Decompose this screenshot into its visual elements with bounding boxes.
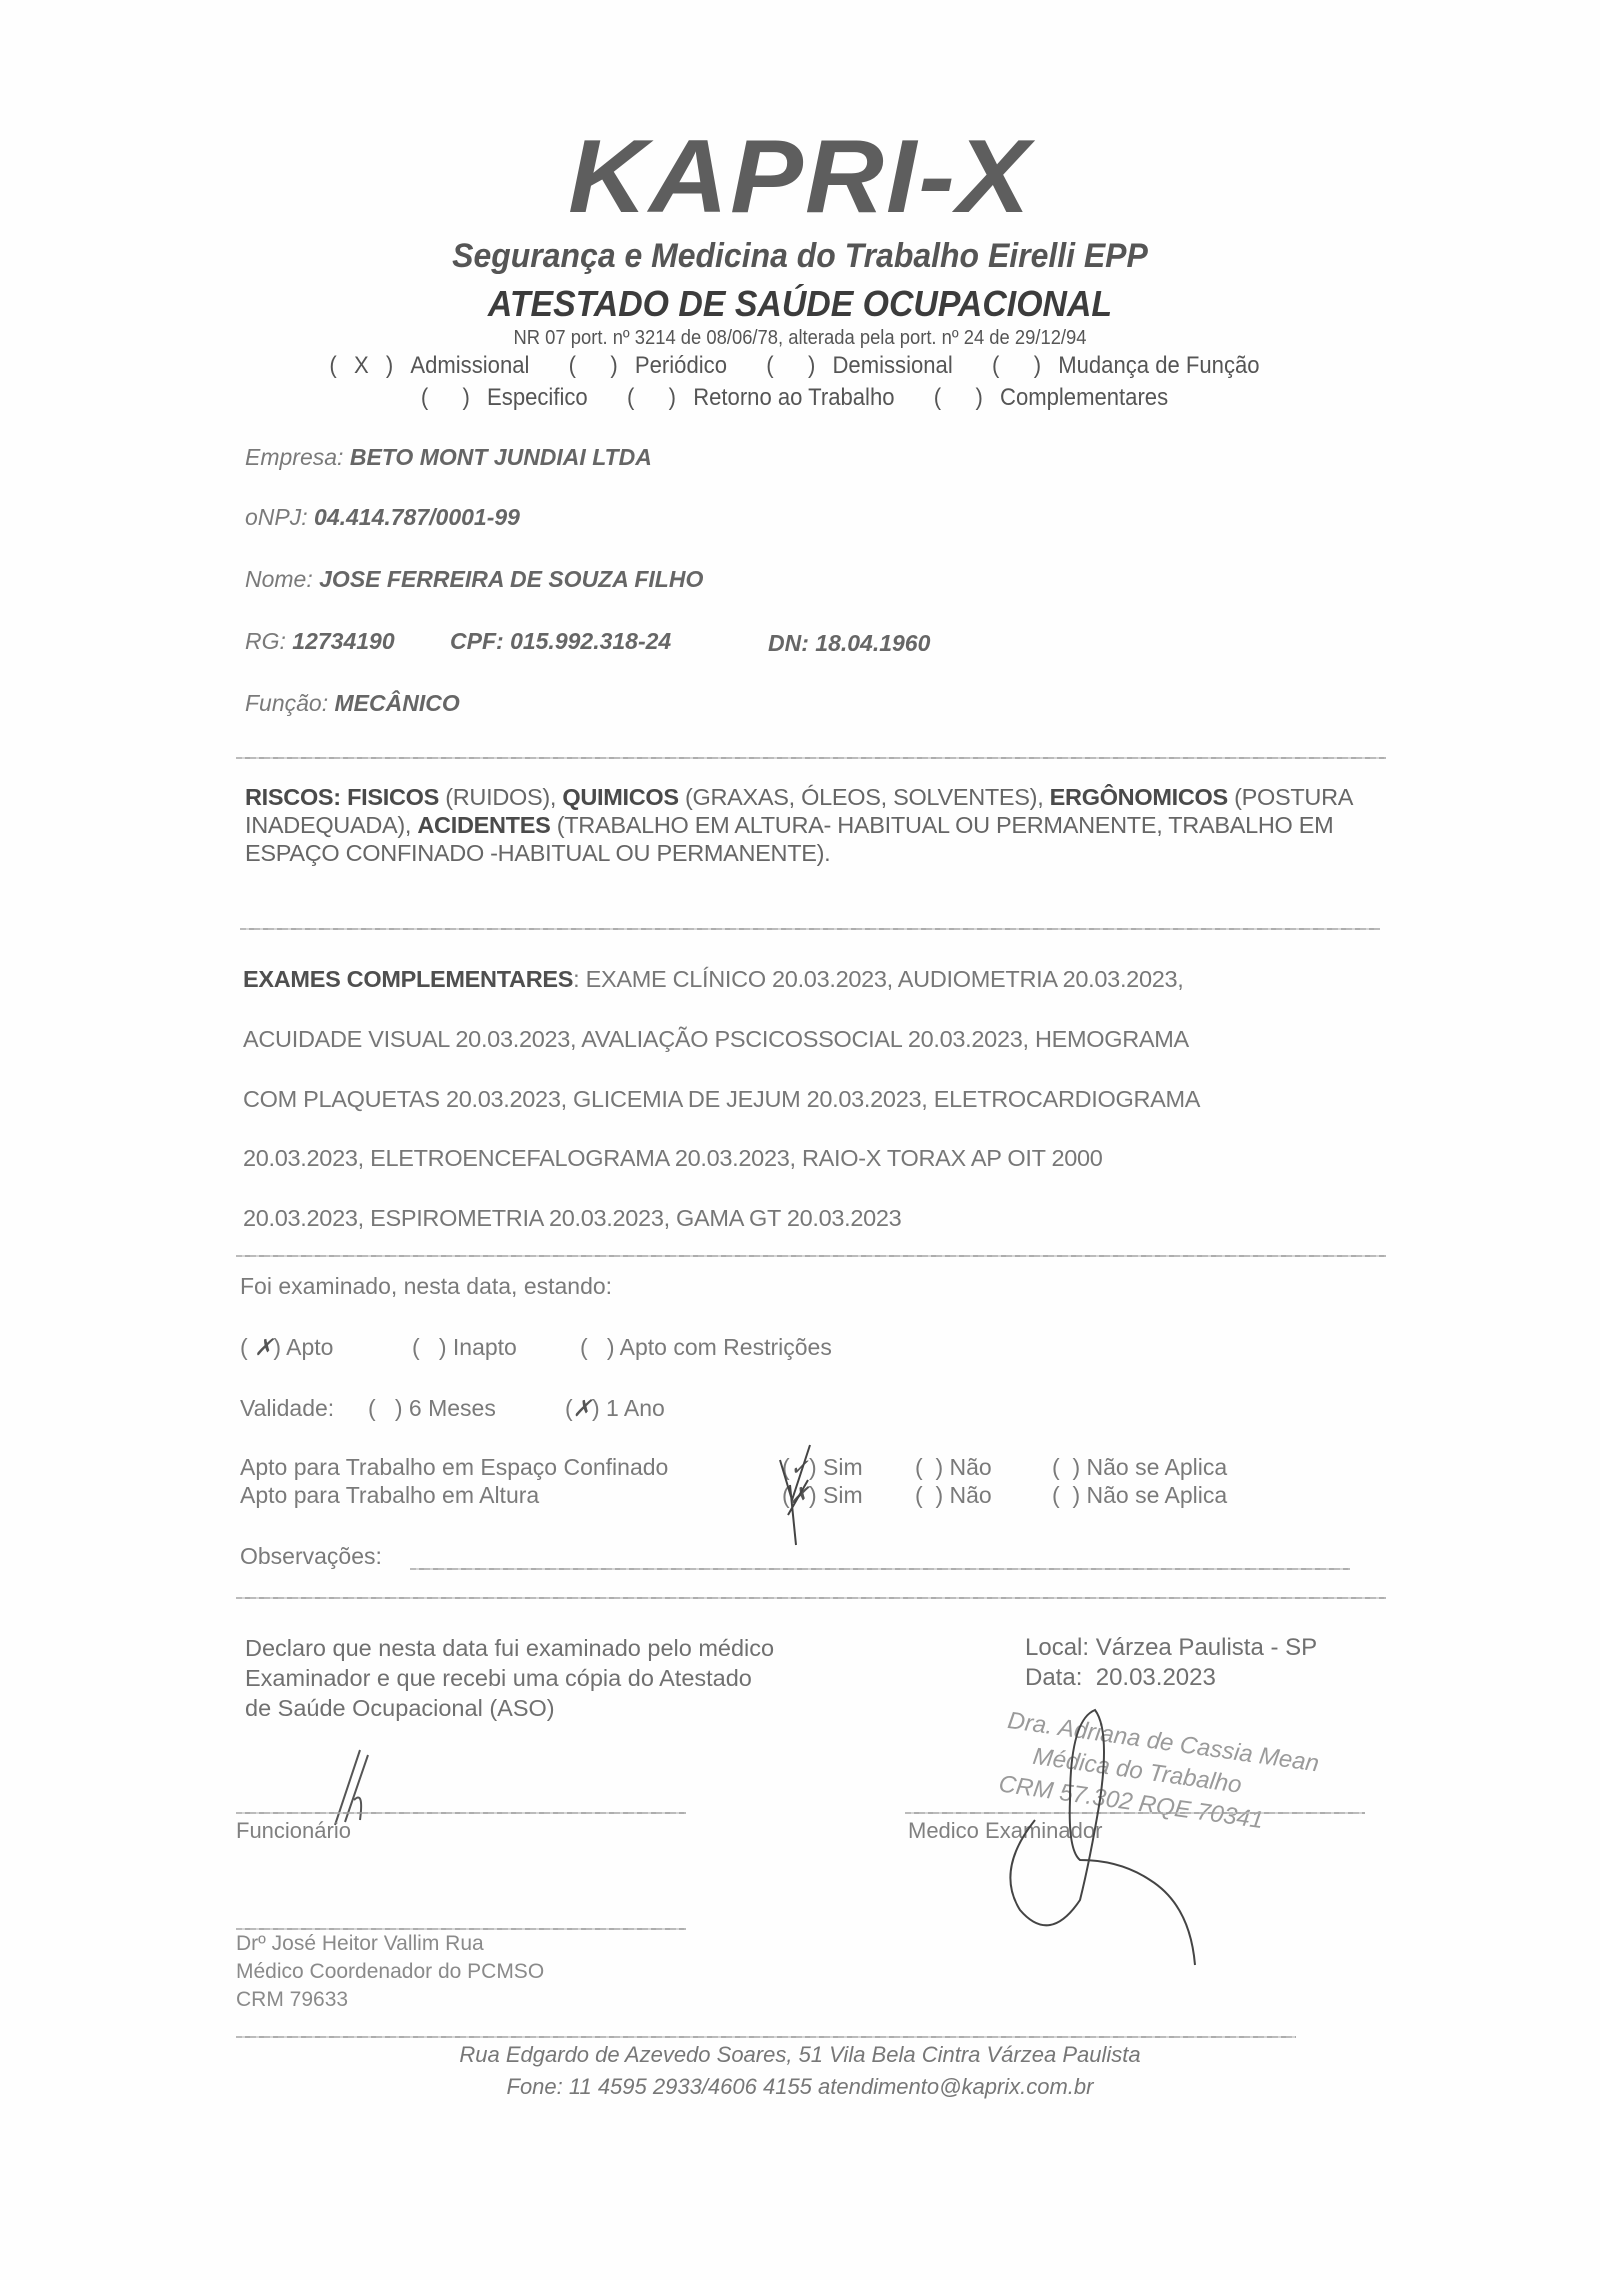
checkmark-icon: ✗ — [254, 1335, 273, 1361]
exam-type-demissional[interactable]: ( ) Demissional — [766, 352, 964, 379]
handwritten-check-mark — [770, 1440, 830, 1550]
exam-type-retorno[interactable]: ( ) Retorno ao Trabalho — [627, 384, 906, 411]
status-restricoes-option[interactable]: ( ) Apto com Restrições — [580, 1334, 832, 1361]
regulation-reference: NR 07 port. nº 3214 de 08/06/78, alterad… — [64, 327, 1536, 350]
coordinator-name: Drº José Heitor Vallim Rua — [236, 1930, 544, 1958]
result-intro: Foi examinado, nesta data, estando: — [240, 1273, 612, 1300]
company-logo: KAPRI-X — [0, 118, 1600, 237]
dn-label: DN: — [768, 630, 809, 656]
medico-signature — [990, 1710, 1230, 1970]
rg-value: 12734190 — [292, 628, 394, 654]
funcao-value: MECÂNICO — [335, 690, 460, 716]
nome-field: Nome: JOSE FERREIRA DE SOUZA FILHO — [245, 566, 703, 593]
funcionario-label: Funcionário — [236, 1818, 351, 1844]
rg-field: RG: 12734190 — [245, 628, 395, 655]
empresa-label: Empresa: — [245, 444, 343, 470]
status-apto-option[interactable]: ( ✗) Apto — [240, 1334, 333, 1361]
cpf-label: CPF: — [450, 628, 504, 654]
nome-value: JOSE FERREIRA DE SOUZA FILHO — [319, 566, 703, 592]
riscos-section: RISCOS: FISICOS (RUIDOS), QUIMICOS (GRAX… — [245, 783, 1375, 867]
local-date-block: Local: Várzea Paulista - SP Data: 20.03.… — [1025, 1633, 1317, 1693]
exam-type-admissional[interactable]: ( X ) Admissional — [329, 352, 540, 379]
exam-type-row-2: ( ) Especifico ( ) Retorno ao Trabalho (… — [64, 384, 1536, 412]
confinado-label: Apto para Trabalho em Espaço Confinado — [240, 1454, 668, 1481]
cpf-value: 015.992.318-24 — [510, 628, 671, 654]
divider — [240, 928, 1380, 930]
dn-value: 18.04.1960 — [815, 630, 930, 656]
cnpj-value: 04.414.787/0001-99 — [314, 504, 520, 530]
validade-6-meses-option[interactable]: ( ) 6 Meses — [368, 1395, 496, 1422]
empresa-field: Empresa: BETO MONT JUNDIAI LTDA — [245, 444, 652, 471]
exam-type-row-1: ( X ) Admissional ( ) Periódico ( ) Demi… — [64, 352, 1536, 380]
company-subtitle: Segurança e Medicina do Trabalho Eirelli… — [48, 237, 1552, 276]
local-value: Várzea Paulista - SP — [1096, 1634, 1317, 1661]
validade-1-ano-option[interactable]: (✗) 1 Ano — [565, 1395, 665, 1422]
confinado-nao-option[interactable]: ( ) Não — [915, 1454, 992, 1481]
validade-label: Validade: — [240, 1395, 334, 1422]
coordinator-role: Médico Coordenador do PCMSO — [236, 1958, 544, 1986]
exam-type-periodico[interactable]: ( ) Periódico — [569, 352, 738, 379]
nome-label: Nome: — [245, 566, 313, 592]
altura-nao-option[interactable]: ( ) Não — [915, 1482, 992, 1509]
cnpj-field: oNPJ: 04.414.787/0001-99 — [245, 504, 520, 531]
exames-line-5: 20.03.2023, ESPIROMETRIA 20.03.2023, GAM… — [243, 1205, 901, 1232]
rg-label: RG: — [245, 628, 286, 654]
funcionario-signature-line — [236, 1812, 686, 1814]
altura-nao-aplica-option[interactable]: ( ) Não se Aplica — [1052, 1482, 1227, 1509]
exames-line-3: COM PLAQUETAS 20.03.2023, GLICEMIA DE JE… — [243, 1086, 1200, 1113]
exam-type-complementares[interactable]: ( ) Complementares — [934, 384, 1179, 411]
local-label: Local: — [1025, 1634, 1089, 1661]
observacoes-line — [410, 1568, 1350, 1570]
footer-address: Rua Edgardo de Azevedo Soares, 51 Vila B… — [0, 2042, 1600, 2068]
exames-line-2: ACUIDADE VISUAL 20.03.2023, AVALIAÇÃO PS… — [243, 1026, 1189, 1053]
data-value: 20.03.2023 — [1096, 1664, 1216, 1691]
funcao-label: Função: — [245, 690, 328, 716]
dn-field: DN: 18.04.1960 — [768, 630, 930, 657]
coordinator-block: Drº José Heitor Vallim Rua Médico Coorde… — [236, 1930, 544, 2014]
coordinator-crm: CRM 79633 — [236, 1986, 544, 2014]
document-title: ATESTADO DE SAÚDE OCUPACIONAL — [48, 283, 1552, 325]
exames-line-4: 20.03.2023, ELETROENCEFALOGRAMA 20.03.20… — [243, 1145, 1103, 1172]
funcao-field: Função: MECÂNICO — [245, 690, 460, 717]
footer-contact: Fone: 11 4595 2933/4606 4155 atendimento… — [0, 2074, 1600, 2100]
altura-label: Apto para Trabalho em Altura — [240, 1482, 539, 1509]
observacoes-field[interactable] — [410, 1568, 1350, 1588]
footer-divider — [236, 2036, 1296, 2038]
observacoes-label: Observações: — [240, 1543, 382, 1570]
empresa-value: BETO MONT JUNDIAI LTDA — [350, 444, 652, 470]
confinado-nao-aplica-option[interactable]: ( ) Não se Aplica — [1052, 1454, 1227, 1481]
observacoes-line-2 — [236, 1597, 1386, 1599]
divider — [236, 1255, 1386, 1257]
divider — [236, 757, 1386, 759]
exam-type-mudanca-funcao[interactable]: ( ) Mudança de Função — [992, 352, 1271, 379]
exam-type-especifico[interactable]: ( ) Especifico — [421, 384, 599, 411]
declaration-text: Declaro que nesta data fui examinado pel… — [245, 1633, 774, 1723]
cpf-field: CPF: 015.992.318-24 — [450, 628, 671, 655]
exames-line-1: EXAMES COMPLEMENTARES: EXAME CLÍNICO 20.… — [243, 966, 1184, 993]
status-inapto-option[interactable]: ( ) Inapto — [412, 1334, 517, 1361]
checkmark-icon: ✗ — [573, 1396, 592, 1422]
data-label: Data: — [1025, 1664, 1082, 1691]
cnpj-label: oNPJ: — [245, 504, 308, 530]
